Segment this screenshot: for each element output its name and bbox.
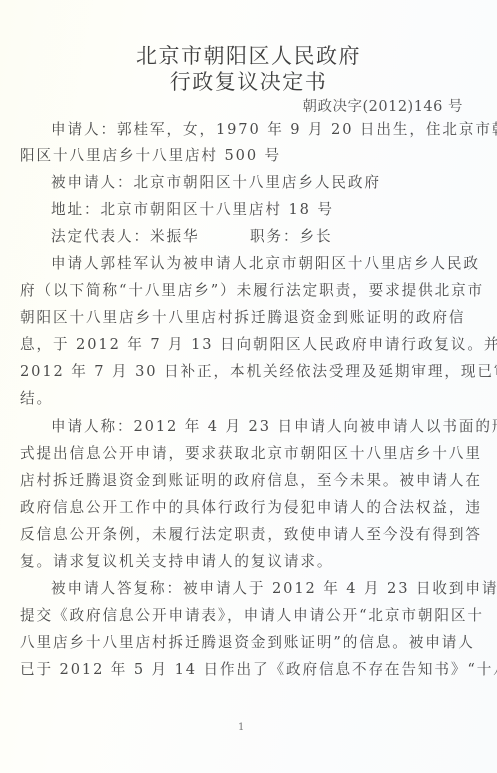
- respondent-line: 被申请人：北京市朝阳区十八里店乡人民政府: [51, 173, 464, 193]
- position-line: 职务：乡长: [250, 227, 332, 247]
- legal-rep-line: 法定代表人：米振华: [51, 227, 199, 247]
- paragraph-line: 申请人称：2012 年 4 月 23 日申请人向被申请人以书面的形: [51, 417, 464, 437]
- paragraph-line: 反信息公开条例，未履行法定职责，致使申请人至今没有得到答: [20, 525, 464, 545]
- address-line: 地址：北京市朝阳区十八里店村 18 号: [51, 200, 464, 220]
- document-title: 行政复议决定书: [0, 66, 497, 96]
- document-page: 北京市朝阳区人民政府 行政复议决定书 朝政决字(2012)146 号 申请人：郭…: [0, 0, 497, 773]
- paragraph-line: 2012 年 7 月 30 日补正，本机关经依法受理及延期审理，现已审: [20, 362, 464, 382]
- paragraph-line: 提交《政府信息公开申请表》，申请人申请公开“北京市朝阳区十: [20, 606, 464, 626]
- paragraph-line: 朝阳区十八里店乡十八里店村拆迁腾退资金到账证明的政府信: [20, 308, 464, 328]
- paragraph-line: 八里店乡十八里店村拆迁腾退资金到账证明”的信息。被申请人: [20, 633, 464, 653]
- paragraph-line: 店村拆迁腾退资金到账证明的政府信息，至今未果。被申请人在: [20, 471, 464, 491]
- paragraph-line: 府（以下简称“十八里店乡”）未履行法定职责，要求提供北京市: [20, 281, 464, 301]
- applicant-line-1: 申请人：郭桂军，女，1970 年 9 月 20 日出生，住北京市朝: [51, 120, 464, 140]
- paragraph-line: 已于 2012 年 5 月 14 日作出了《政府信息不存在告知书》“十八里: [20, 660, 464, 680]
- document-number: 朝政决字(2012)146 号: [302, 95, 463, 116]
- paragraph-line: 政府信息公开工作中的具体行政行为侵犯申请人的合法权益，违: [20, 498, 464, 518]
- paragraph-line: 申请人郭桂军认为被申请人北京市朝阳区十八里店乡人民政: [51, 254, 464, 274]
- page-number: 1: [238, 722, 244, 733]
- paragraph-line: 复。请求复议机关支持申请人的复议请求。: [20, 552, 464, 572]
- paragraph-line: 式提出信息公开申请，要求获取北京市朝阳区十八里店乡十八里: [20, 444, 464, 464]
- paragraph-line: 息，于 2012 年 7 月 13 日向朝阳区人民政府申请行政复议。并于: [20, 335, 464, 355]
- paragraph-line: 结。: [20, 389, 464, 409]
- applicant-line-2: 阳区十八里店乡十八里店村 500 号: [20, 146, 464, 166]
- paragraph-line: 被申请人答复称：被申请人于 2012 年 4 月 23 日收到申请人: [51, 579, 464, 599]
